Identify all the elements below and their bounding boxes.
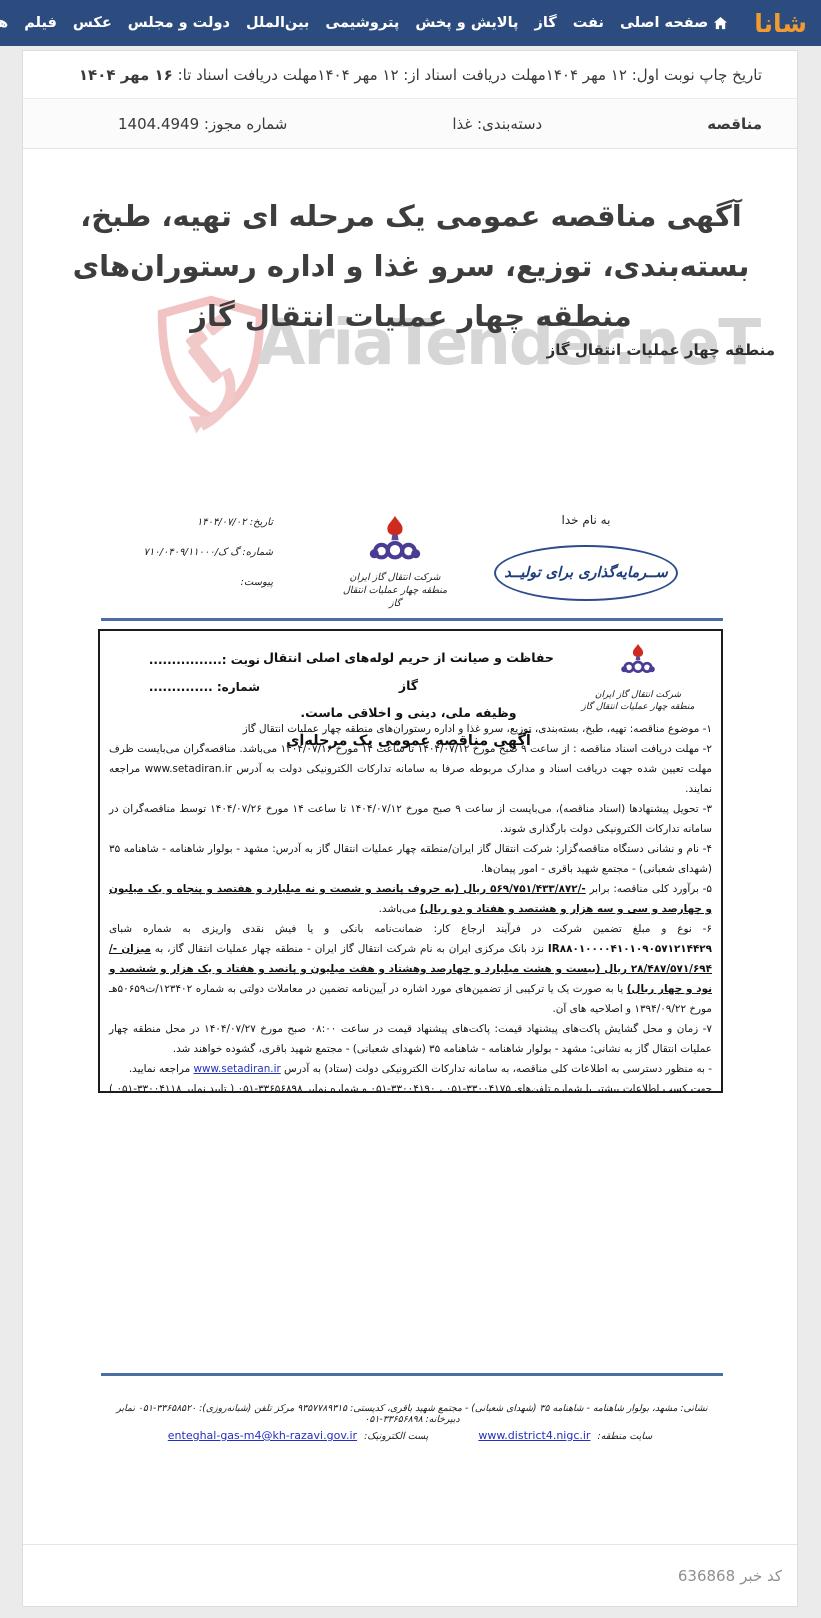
nigc-emblem-icon	[368, 515, 422, 571]
site-label: سایت منطقه:	[598, 1431, 653, 1442]
notice-type: مناقصه	[707, 115, 762, 133]
home-icon	[713, 16, 728, 31]
setad-line: - به منظور دسترسی به اطلاعات کلی مناقصه،…	[109, 1059, 712, 1079]
notice-body: ۱- موضوع مناقصه: تهیه، طبخ، بسته‌بندی، ت…	[109, 719, 712, 1093]
news-code-value: 636868	[678, 1567, 735, 1585]
company-name: شرکت انتقال گاز ایران	[337, 571, 453, 584]
meta-row-dates: تاریخ چاپ نوبت اول: ۱۲ مهر ۱۴۰۴ مهلت دری…	[23, 51, 797, 99]
number-field: شماره: گ ک/۷۱۰/۰۴۰۹/۱۱۰۰۰	[163, 547, 273, 558]
attachment-field: پیوست:	[163, 577, 273, 588]
nav-item-all-news[interactable]: همه اخبار	[0, 15, 8, 31]
slogan-text: ســرمایه‌گذاری برای تولیــد	[504, 565, 667, 581]
bismillah: به نام خدا	[494, 513, 678, 527]
print-date: تاریخ چاپ نوبت اول: ۱۲ مهر ۱۴۰۴	[546, 66, 762, 84]
license-number: شماره مجوز: 1404.4949	[118, 115, 287, 133]
nobat-field: نوبت :................	[130, 653, 260, 667]
nav-item-video[interactable]: فیلم	[24, 15, 57, 31]
notice-item-5: ۵- برآورد کلی مناقصه: برابر -/۵۶۹/۷۵۱/۴۳…	[109, 879, 712, 919]
docs-from: مهلت دریافت اسناد از: ۱۲ مهر ۱۴۰۴	[317, 66, 545, 84]
notice-item-4: ۴- نام و نشانی دستگاه مناقصه‌گزار: شرکت …	[109, 839, 712, 879]
slogan-oval: ســرمایه‌گذاری برای تولیــد	[494, 545, 678, 601]
phones-line: جهت کسب اطلاعات بیشتر با شماره تلفن‌های …	[109, 1079, 712, 1093]
nav-item-international[interactable]: بین‌الملل	[246, 15, 309, 31]
doc-links: سایت منطقه: www.district4.nigc.ir پست ال…	[101, 1429, 723, 1442]
divider-line-top	[101, 618, 723, 621]
shana-logo[interactable]: شانا	[754, 9, 807, 38]
notice-logo-company: شرکت انتقال گاز ایران	[573, 689, 703, 701]
notice-item-2: ۲- مهلت دریافت اسناد مناقصه : از ساعت ۹ …	[109, 739, 712, 799]
shomareh-field: شماره: ..............	[130, 680, 260, 694]
docs-until-label: مهلت دریافت اسناد تا:	[173, 66, 318, 84]
notice-logo-block: شرکت انتقال گاز ایران منطقه چهار عملیات …	[573, 639, 703, 713]
doc-address: نشانی: مشهد، بولوار شاهنامه - شاهنامه ۳۵…	[101, 1403, 723, 1425]
news-code: کد خبر 636868	[23, 1544, 797, 1607]
letterhead-company: شرکت انتقال گاز ایران منطقه چهار عملیات …	[337, 571, 453, 610]
nav-item-home[interactable]: صفحه اصلی	[620, 15, 728, 31]
region-subtitle: منطقه چهار عملیات انتقال گاز	[23, 341, 775, 359]
meta-row-type: مناقصه دسته‌بندی: غذا شماره مجوز: 1404.4…	[23, 99, 797, 149]
nav-item-oil[interactable]: نفت	[573, 15, 604, 31]
top-nav: شانا صفحه اصلی نفت گاز پالایش و پخش پترو…	[0, 0, 821, 46]
letterhead-fields: تاریخ: ۱۴۰۴/۰۷/۰۲ شماره: گ ک/۷۱۰/۰۴۰۹/۱۱…	[163, 517, 273, 607]
nav-item-gas[interactable]: گاز	[534, 15, 556, 31]
notice-item-7: ۷- زمان و محل گشایش پاکت‌های پیشنهاد قیم…	[109, 1019, 712, 1059]
nav-item-petrochemical[interactable]: پتروشیمی	[325, 15, 399, 31]
docs-until-value: ۱۶ مهر ۱۴۰۴	[79, 66, 173, 84]
email-link[interactable]: enteghal-gas-m4@kh-razavi.gov.ir	[168, 1429, 357, 1442]
page-title: آگهی مناقصه عمومی یک مرحله ای تهیه، طبخ،…	[23, 191, 799, 341]
email-label: پست الکترونیک:	[364, 1431, 428, 1442]
nigc-emblem-small-icon	[620, 639, 656, 685]
divider-line-bottom	[101, 1373, 723, 1376]
nav-item-government[interactable]: دولت و مجلس	[128, 15, 230, 31]
notice-box: شرکت انتقال گاز ایران منطقه چهار عملیات …	[98, 629, 723, 1093]
article-card: تاریخ چاپ نوبت اول: ۱۲ مهر ۱۴۰۴ مهلت دری…	[22, 50, 798, 1607]
notice-item-6: ۶- نوع و مبلغ تضمین شرکت در فرآیند ارجاع…	[109, 919, 712, 1019]
date-field: تاریخ: ۱۴۰۴/۰۷/۰۲	[163, 517, 273, 528]
notice-side-fields: نوبت :................ شماره: ..........…	[130, 653, 260, 707]
notice-item-3: ۳- تحویل پیشنهادها (اسناد مناقصه)، می‌با…	[109, 799, 712, 839]
nav-item-refining[interactable]: پالایش و پخش	[415, 15, 518, 31]
notice-logo-region: منطقه چهار عملیات انتقال گاز	[573, 701, 703, 713]
region-name: منطقه چهار عملیات انتقال گاز	[337, 584, 453, 610]
site-link[interactable]: www.district4.nigc.ir	[478, 1429, 590, 1442]
news-code-label: کد خبر	[740, 1567, 782, 1585]
docs-until: مهلت دریافت اسناد تا: ۱۶ مهر ۱۴۰۴	[79, 66, 318, 84]
notice-slogan-1: حفاظت و صیانت از حریم لوله‌های اصلی انتق…	[256, 644, 561, 700]
setadiran-link[interactable]: www.setadiran.ir	[193, 1063, 280, 1075]
category: دسته‌بندی: غذا	[452, 115, 542, 133]
nav-item-label: صفحه اصلی	[620, 15, 708, 31]
nav-item-photos[interactable]: عکس	[73, 15, 112, 31]
notice-item-1: ۱- موضوع مناقصه: تهیه، طبخ، بسته‌بندی، ت…	[109, 719, 712, 739]
